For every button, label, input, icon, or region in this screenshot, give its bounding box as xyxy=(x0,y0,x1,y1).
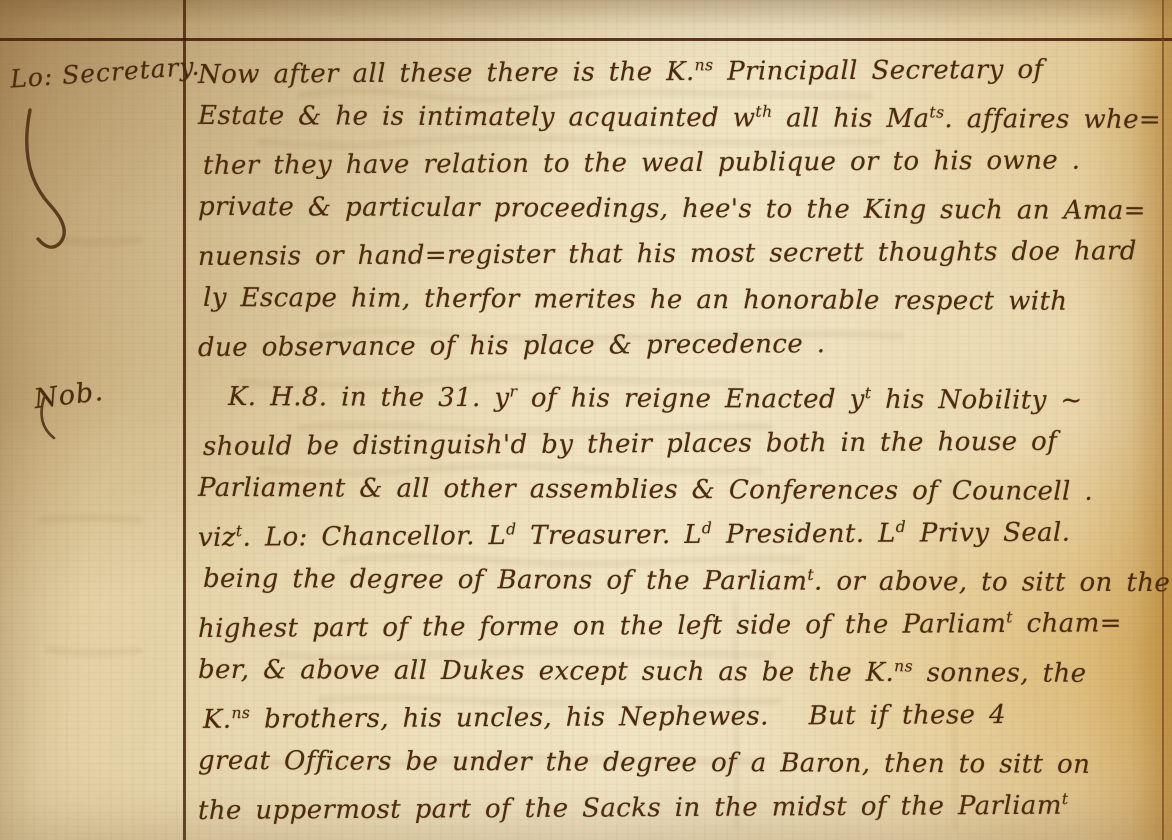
margin-note-nob: Nob. xyxy=(32,376,105,415)
manuscript-line: Estate & he is intimately acquainted wth… xyxy=(198,93,1164,143)
manuscript-line: K. H.8. in the 31. yr of his reigne Enac… xyxy=(198,374,1164,424)
manuscript-line: Parliament & all other assemblies & Conf… xyxy=(198,465,1164,515)
manuscript-line: due observance of his place & precedence… xyxy=(198,320,1164,371)
manuscript-line: should be distinguish'd by their places … xyxy=(198,419,1164,470)
manuscript-line: vizt. Lo: Chancellor. Ld Treasurer. Ld P… xyxy=(198,510,1164,561)
manuscript-line: the uppermost part of the Sacks in the m… xyxy=(198,783,1164,834)
manuscript-line: great Officers be under the degree of a … xyxy=(198,738,1164,788)
manuscript-line: ly Escape him, therfor merites he an hon… xyxy=(198,275,1164,325)
margin-note-secretary: Lo: Secretary. xyxy=(9,51,201,93)
manuscript-lines: Now after all these there is the K.ns Pr… xyxy=(198,50,1164,832)
manuscript-line: ber, & above all Dukes except such as be… xyxy=(198,647,1164,697)
manuscript-line: ther they have relation to the weal publ… xyxy=(198,138,1164,189)
ruled-line-horizontal xyxy=(0,38,1172,41)
ruled-line-vertical xyxy=(183,0,186,840)
manuscript-page: Lo: Secretary. Nob. Now after all these … xyxy=(0,0,1172,840)
manuscript-line: K.ns brothers, his uncles, his Nephewes.… xyxy=(198,692,1164,743)
manuscript-line: highest part of the forme on the left si… xyxy=(198,601,1164,652)
manuscript-line: being the degree of Barons of the Parlia… xyxy=(198,556,1164,606)
manuscript-line: Now after all these there is the K.ns Pr… xyxy=(198,47,1164,98)
manuscript-line: nuensis or hand=register that his most s… xyxy=(198,229,1164,280)
manuscript-line: private & particular proceedings, hee's … xyxy=(198,184,1164,234)
